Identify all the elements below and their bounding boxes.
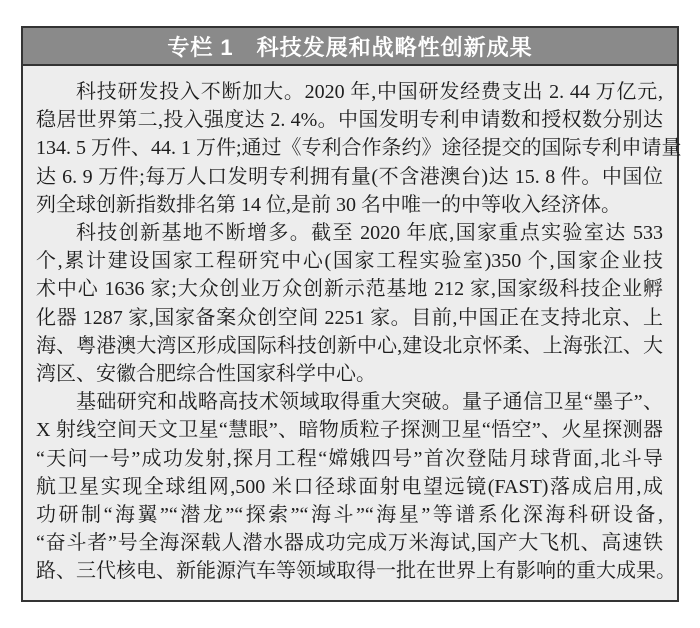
panel-title: 专栏 1 科技发展和战略性创新成果	[167, 31, 532, 62]
text-line: 列全球创新指数排名第 14 位,是前 30 名中唯一的中等收入经济体。	[36, 191, 663, 219]
text-line: “奋斗者”号全海深载人潜水器成功完成万米海试,国产大飞机、高速铁	[36, 529, 663, 557]
text-line: 科技创新基地不断增多。截至 2020 年底,国家重点实验室达 533	[36, 219, 663, 247]
text-line: 海、粤港澳大湾区形成国际科技创新中心,建设北京怀柔、上海张江、大	[36, 332, 663, 360]
text-line: X 射线空间天文卫星“慧眼”、暗物质粒子探测卫星“悟空”、火星探测器	[36, 416, 663, 444]
paragraph: 科技研发投入不断加大。2020 年,中国研发经费支出 2. 44 万亿元,稳居世…	[36, 78, 663, 219]
text-line: 航卫星实现全球组网,500 米口径球面射电望远镜(FAST)落成启用,成	[36, 473, 663, 501]
text-line: 功研制“海翼”“潜龙”“探索”“海斗”“海星”等谱系化深海科研设备,	[36, 501, 663, 529]
text-line: 路、三代核电、新能源汽车等领域取得一批在世界上有影响的重大成果。	[36, 557, 663, 585]
text-line: 达 6. 9 万件;每万人口发明专利拥有量(不含港澳台)达 15. 8 件。中国…	[36, 163, 663, 191]
panel-body: 科技研发投入不断加大。2020 年,中国研发经费支出 2. 44 万亿元,稳居世…	[23, 66, 677, 586]
text-line: 稳居世界第二,投入强度达 2. 4%。中国发明专利申请数和授权数分别达	[36, 106, 663, 134]
paragraph: 基础研究和战略高技术领域取得重大突破。量子通信卫星“墨子”、X 射线空间天文卫星…	[36, 388, 663, 585]
page: 专栏 1 科技发展和战略性创新成果 科技研发投入不断加大。2020 年,中国研发…	[0, 0, 700, 628]
text-line: 术中心 1636 家;大众创业万众创新示范基地 212 家,国家级科技企业孵	[36, 275, 663, 303]
text-line: “天问一号”成功发射,探月工程“嫦娥四号”首次登陆月球背面,北斗导	[36, 445, 663, 473]
text-line: 科技研发投入不断加大。2020 年,中国研发经费支出 2. 44 万亿元,	[36, 78, 663, 106]
panel-header: 专栏 1 科技发展和战略性创新成果	[23, 28, 677, 66]
text-line: 化器 1287 家,国家备案众创空间 2251 家。目前,中国正在支持北京、上	[36, 304, 663, 332]
text-line: 基础研究和战略高技术领域取得重大突破。量子通信卫星“墨子”、	[36, 388, 663, 416]
text-line: 个,累计建设国家工程研究中心(国家工程实验室)350 个,国家企业技	[36, 247, 663, 275]
text-line: 湾区、安徽合肥综合性国家科学中心。	[36, 360, 663, 388]
text-line: 134. 5 万件、44. 1 万件;通过《专利合作条约》途径提交的国际专利申请…	[36, 134, 663, 162]
paragraph: 科技创新基地不断增多。截至 2020 年底,国家重点实验室达 533个,累计建设…	[36, 219, 663, 388]
column-panel: 专栏 1 科技发展和战略性创新成果 科技研发投入不断加大。2020 年,中国研发…	[21, 26, 679, 602]
